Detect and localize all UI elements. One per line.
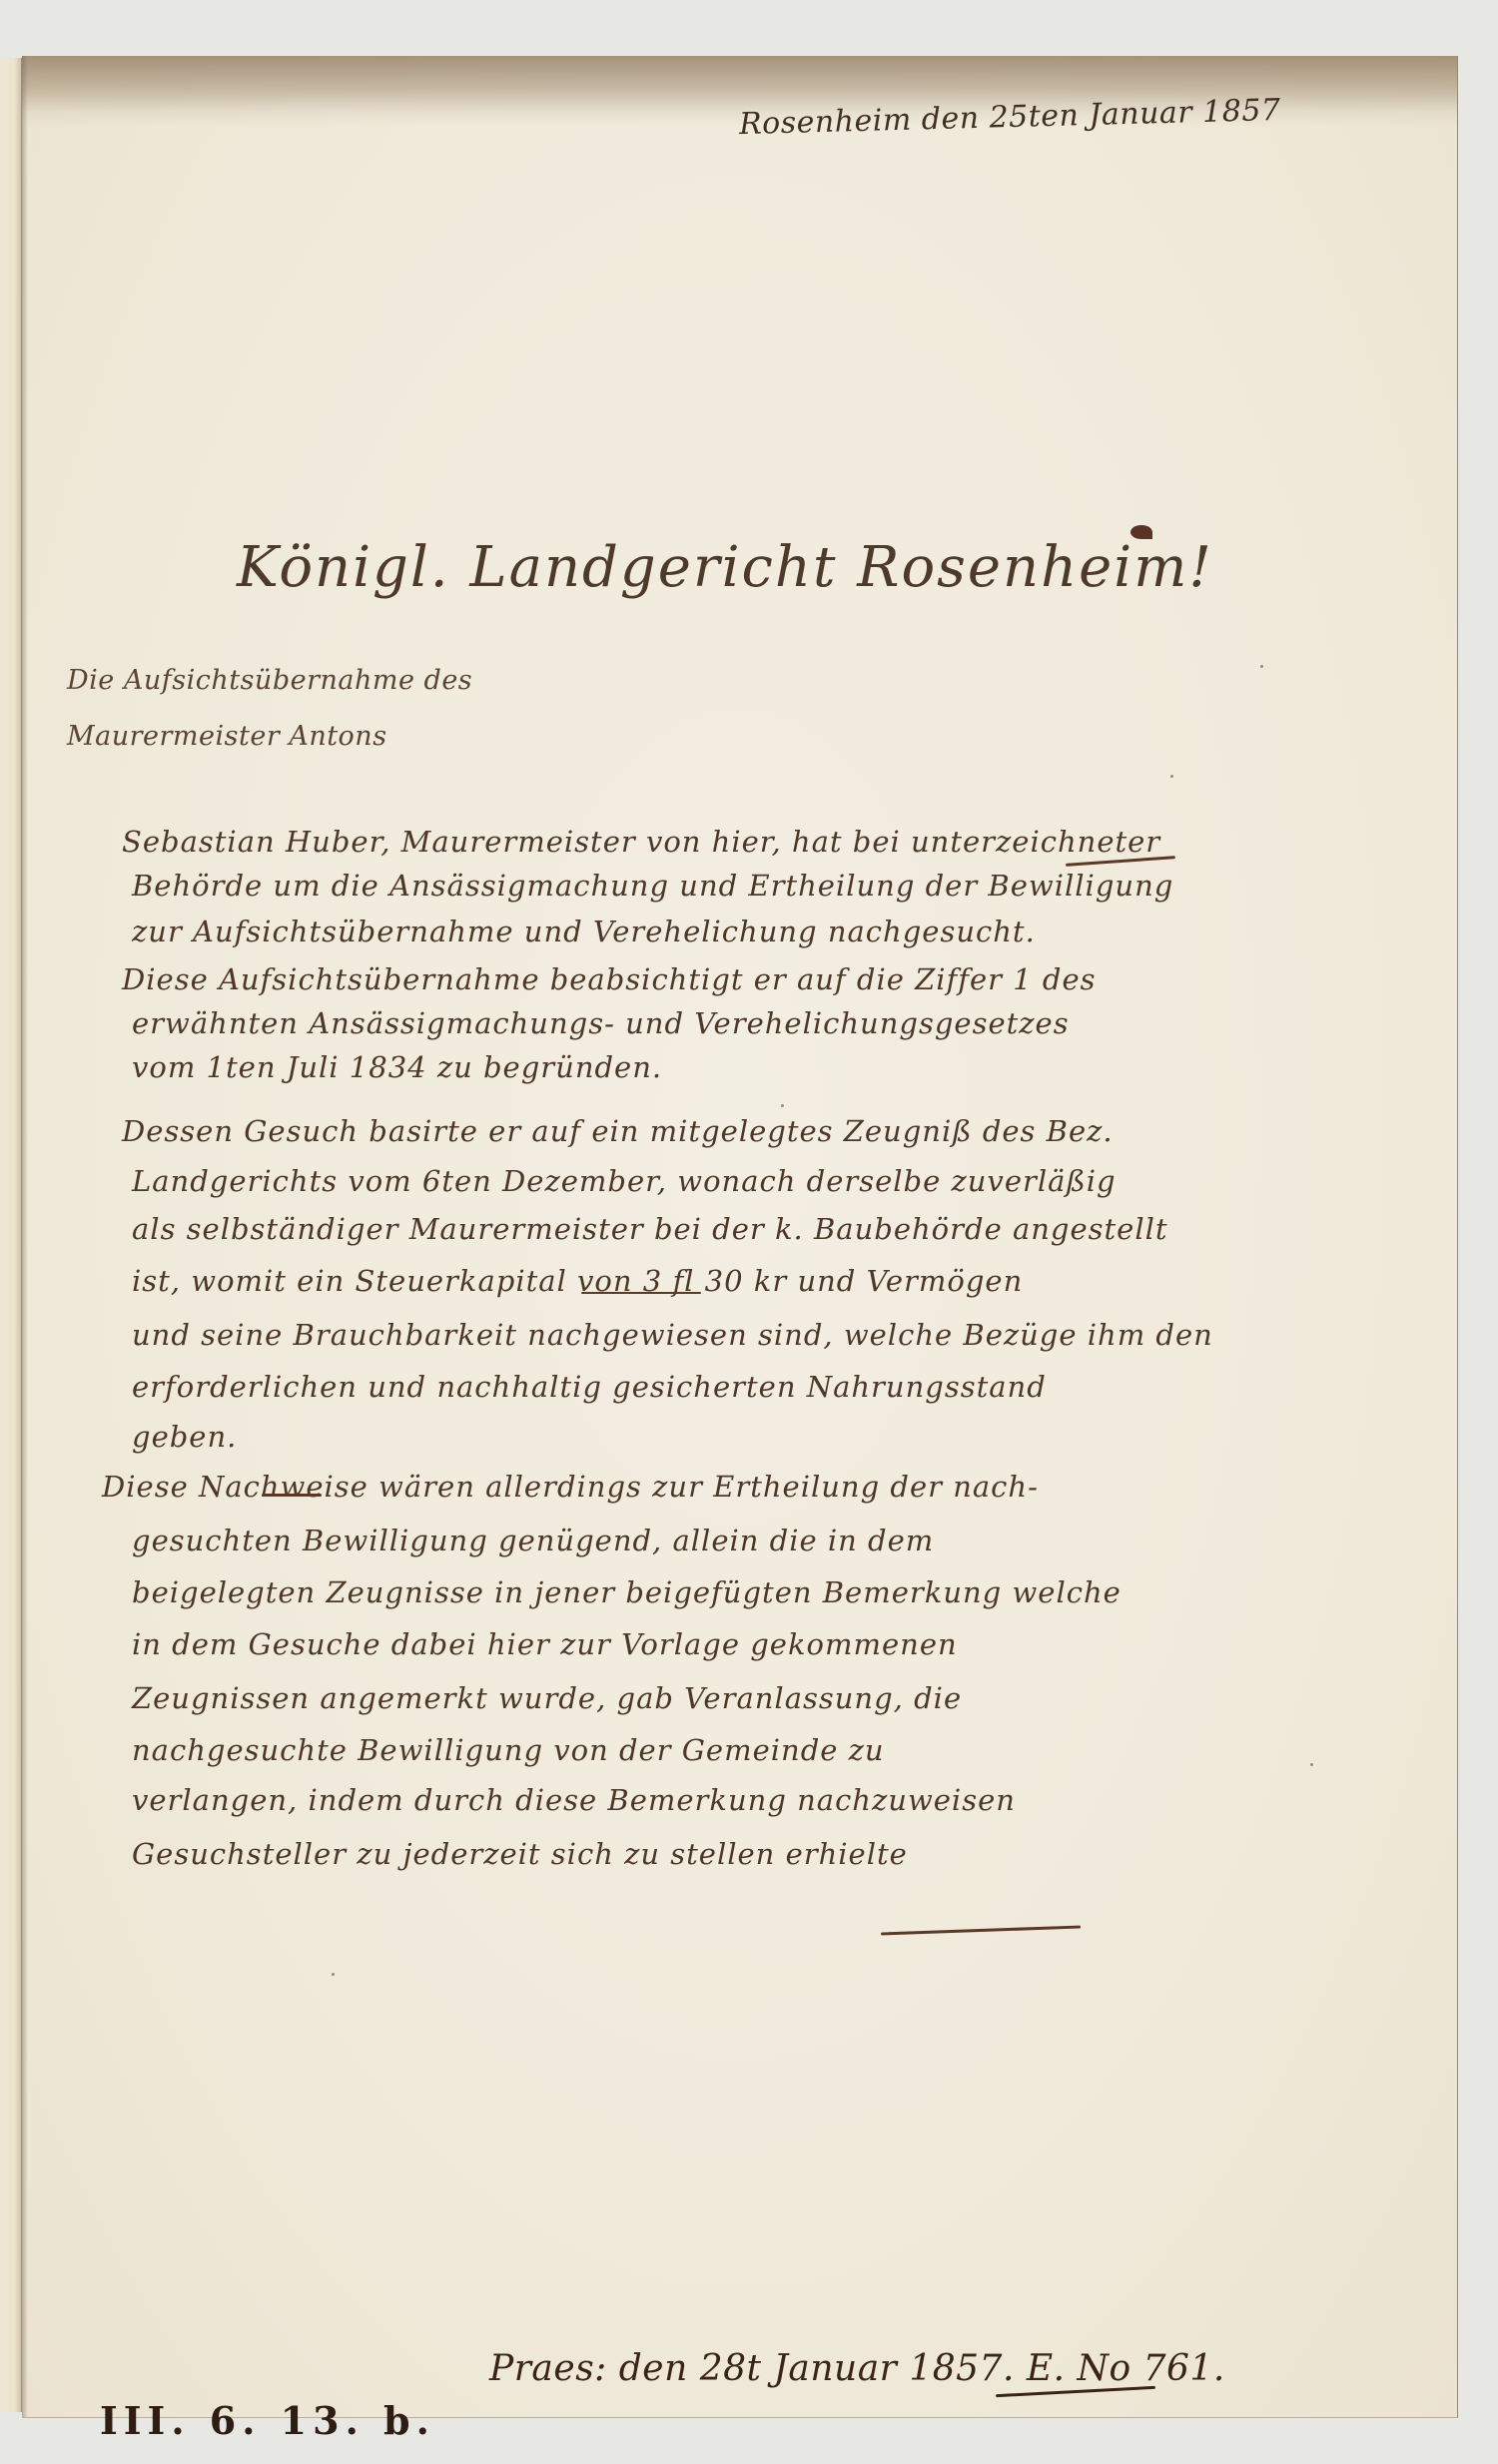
archive-reference: III. 6. 13. b. — [100, 2398, 435, 2443]
underline-flourish — [581, 1292, 701, 1294]
body-line: vom 1ten Juli 1834 zu begründen. — [132, 1050, 662, 1084]
body-line: und seine Brauchbarkeit nachgewiesen sin… — [132, 1318, 1213, 1352]
body-line: Diese Nachweise wären allerdings zur Ert… — [102, 1470, 1039, 1504]
margin-note: Die Aufsichtsübernahme des Maurermeister… — [67, 653, 472, 765]
received-stamp: Praes: den 28t Januar 1857. E. No 761. — [489, 2348, 1225, 2389]
document-scan: Rosenheim den 25ten Januar 1857 Königl. … — [0, 0, 1498, 2464]
body-line: Landgerichts vom 6ten Dezember, wonach d… — [132, 1164, 1117, 1198]
body-line: beigelegten Zeugnisse in jener beigefügt… — [132, 1575, 1122, 1609]
body-line: ist, womit ein Steuerkapital von 3 fl 30… — [132, 1264, 1023, 1298]
body-line: erforderlichen und nachhaltig gesicherte… — [132, 1370, 1047, 1404]
body-line: erwähnten Ansässigmachungs- und Vereheli… — [132, 1006, 1070, 1040]
underline-flourish — [262, 1494, 322, 1497]
letter-page: Rosenheim den 25ten Januar 1857 Königl. … — [22, 56, 1458, 2418]
body-line: zur Aufsichtsübernahme und Verehelichung… — [132, 915, 1036, 948]
salutation: Königl. Landgericht Rosenheim! — [237, 535, 1213, 600]
body-line: Behörde um die Ansässigmachung und Erthe… — [132, 869, 1173, 903]
body-line: Gesuchsteller zu jederzeit sich zu stell… — [132, 1837, 908, 1871]
ink-blot — [1130, 525, 1152, 539]
margin-note-line-2: Maurermeister Antons — [67, 709, 472, 765]
body-line: Sebastian Huber, Maurermeister von hier,… — [122, 825, 1160, 859]
underline-flourish — [881, 1926, 1081, 1936]
previous-page-edge — [0, 58, 22, 2412]
body-line: Dessen Gesuch basirte er auf ein mitgele… — [122, 1114, 1114, 1148]
body-line: geben. — [132, 1420, 237, 1454]
margin-note-line-1: Die Aufsichtsübernahme des — [67, 653, 472, 709]
body-line: verlangen, indem durch diese Bemerkung n… — [132, 1783, 1016, 1817]
body-line: Diese Aufsichtsübernahme beabsichtigt er… — [122, 962, 1097, 996]
body-line: nachgesuchte Bewilligung von der Gemeind… — [132, 1733, 885, 1767]
body-line: gesuchten Bewilligung genügend, allein d… — [132, 1524, 934, 1557]
body-line: als selbständiger Maurermeister bei der … — [132, 1212, 1168, 1246]
body-line: Zeugnissen angemerkt wurde, gab Veranlas… — [132, 1681, 962, 1715]
body-line: in dem Gesuche dabei hier zur Vorlage ge… — [132, 1627, 958, 1661]
binding-shadow — [22, 56, 28, 2417]
